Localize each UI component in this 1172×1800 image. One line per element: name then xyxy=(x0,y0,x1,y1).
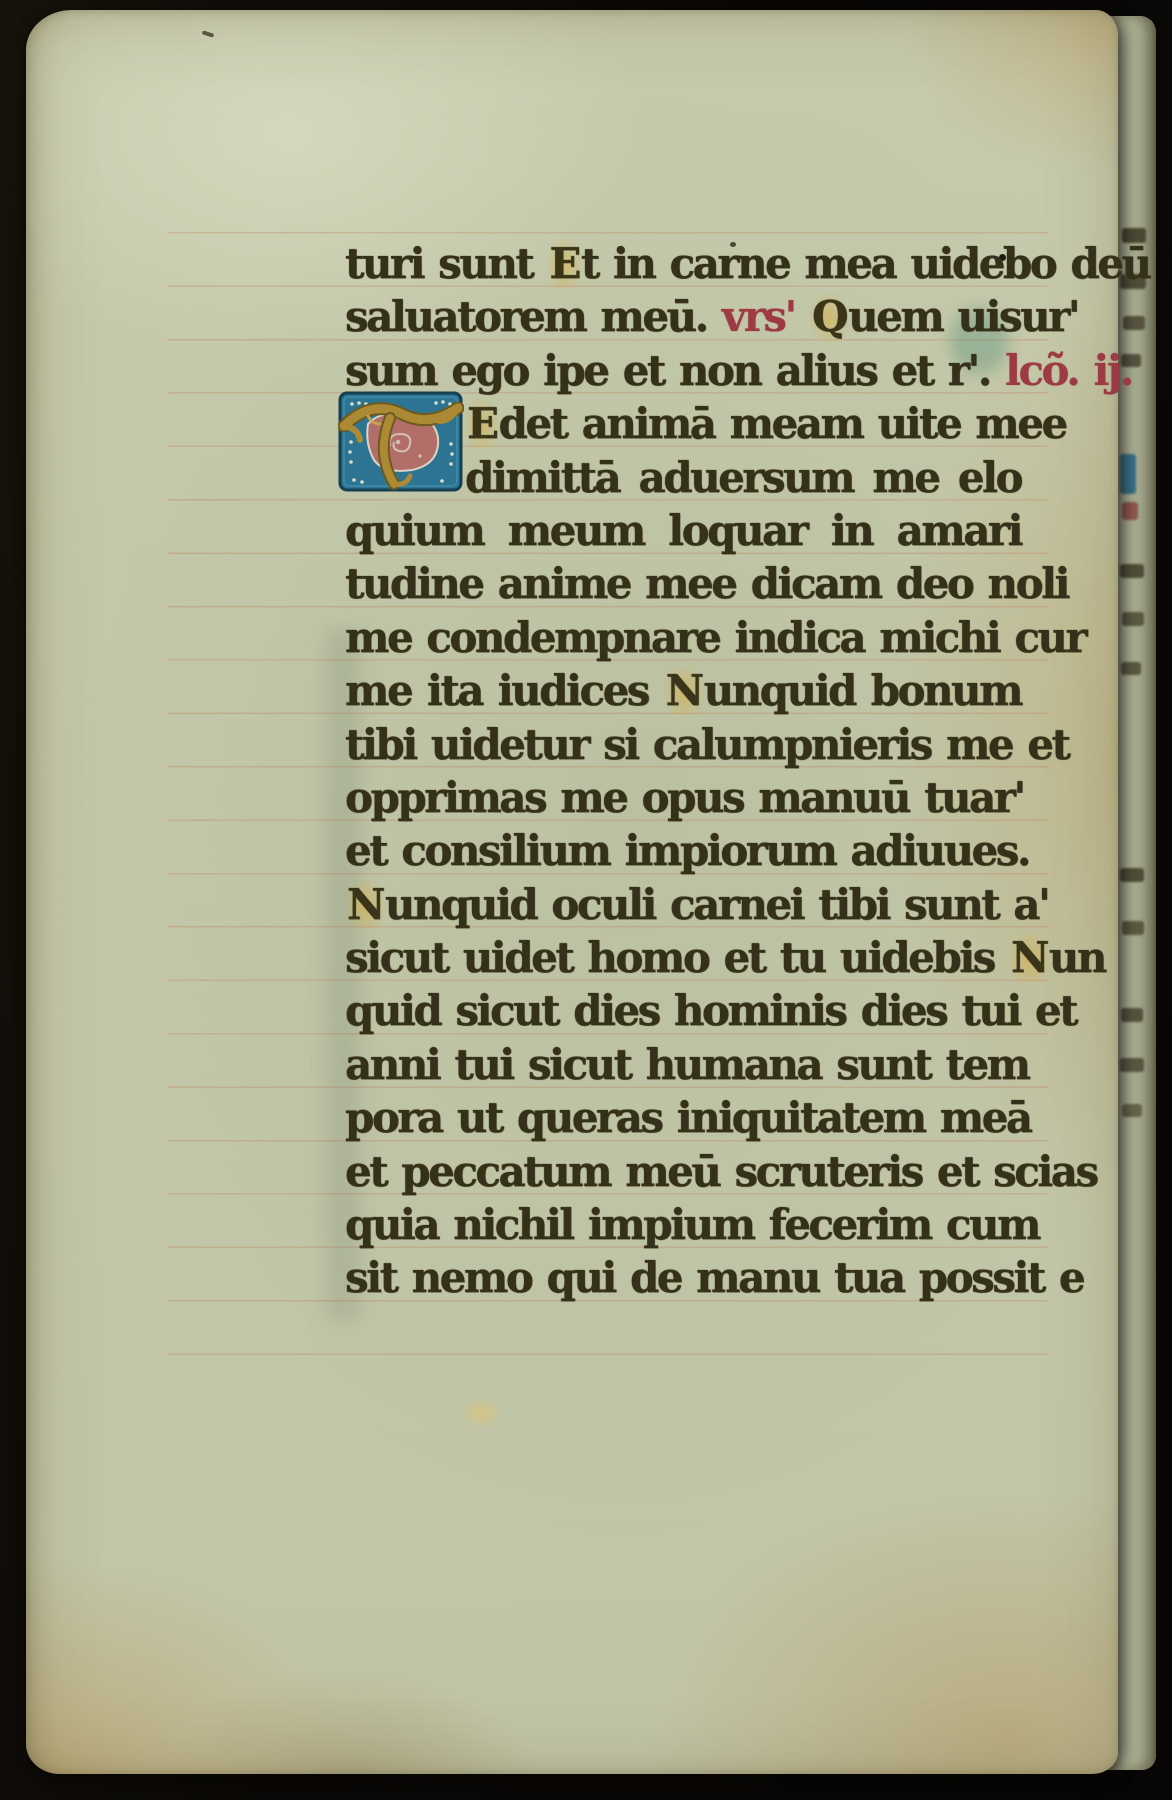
folio-edge-fragment xyxy=(1122,502,1138,520)
folio-edge-fragment xyxy=(1122,921,1144,935)
folio-edge-fragment xyxy=(1120,868,1144,882)
text-segment: tibi uidetur si calumpnieris me et xyxy=(345,720,1068,769)
text-segment: det animā meam uite mee xyxy=(499,399,1066,448)
text-segment: me condempnare indica michi cur xyxy=(345,613,1085,662)
text-segment: quia nichil impium fecerim cum xyxy=(345,1200,1039,1249)
text-line: tudine anime mee dicam deo noli xyxy=(345,557,1021,610)
photo-background: turi sunt Et in carne mea uidebo deūsalu… xyxy=(0,0,1172,1800)
folio-edge-fragment xyxy=(1122,612,1144,626)
text-segment: turi sunt xyxy=(345,239,547,288)
text-segment: sicut uidet homo et tu uidebis xyxy=(345,933,1009,982)
stain xyxy=(466,1402,496,1424)
folio-edge-fragment xyxy=(1121,662,1141,675)
folio-edge-fragment xyxy=(1120,564,1144,578)
text-block: turi sunt Et in carne mea uidebo deūsalu… xyxy=(345,237,1021,1305)
text-segment: me ita iudices xyxy=(345,666,664,715)
text-segment: saluatorem meū. xyxy=(345,292,722,341)
text-segment: anni tui sicut humana sunt tem xyxy=(345,1040,1029,1089)
text-segment: unquid oculi carnei tibi sunt a' xyxy=(385,880,1048,929)
washed-capital: N xyxy=(1009,933,1049,982)
ink-speck xyxy=(202,30,215,38)
text-line: quium meum loquar in amari xyxy=(345,504,1021,557)
text-line: et peccatum meū scruteris et scias xyxy=(345,1145,1021,1198)
text-line: et consilium impiorum adiuues. xyxy=(345,824,1021,877)
text-segment: et peccatum meū scruteris et scias xyxy=(345,1147,1097,1196)
text-segment: t in carne mea uidebo deū xyxy=(581,239,1150,288)
washed-capital: E xyxy=(465,399,499,448)
folio-edge-fragment xyxy=(1122,1104,1142,1117)
rubric-text: lcõ. ij. xyxy=(1005,346,1132,395)
text-line: dimittā aduersum me elo xyxy=(345,451,1021,504)
text-line: anni tui sicut humana sunt tem xyxy=(345,1038,1021,1091)
folio-edge-fragment xyxy=(1123,316,1145,330)
washed-capital: Q xyxy=(810,292,848,341)
washed-capital: N xyxy=(664,666,704,715)
text-line: quia nichil impium fecerim cum xyxy=(345,1198,1021,1251)
text-line: quid sicut dies hominis dies tui et xyxy=(345,984,1021,1037)
text-segment xyxy=(795,292,810,341)
text-line: turi sunt Et in carne mea uidebo deū xyxy=(345,237,1021,290)
text-line: sicut uidet homo et tu uidebis Nun xyxy=(345,931,1021,984)
text-line: saluatorem meū. vrs' Quem uisur' xyxy=(345,290,1021,343)
manuscript-page: turi sunt Et in carne mea uidebo deūsalu… xyxy=(26,10,1118,1774)
text-line: sum ego ipe et non alius et r'. lcõ. ij. xyxy=(345,344,1021,397)
text-line: me condempnare indica michi cur xyxy=(345,611,1021,664)
text-segment: pora ut queras iniquitatem meā xyxy=(345,1093,1031,1142)
folio-edge-fragment xyxy=(1121,1008,1143,1022)
rubric-text: vrs' xyxy=(722,292,795,341)
text-line: pora ut queras iniquitatem meā xyxy=(345,1091,1021,1144)
text-segment: dimittā aduersum me elo xyxy=(465,453,1021,502)
text-segment: opprimas me opus manuū tuar' xyxy=(345,773,1024,822)
text-segment: quid sicut dies hominis dies tui et xyxy=(345,986,1076,1035)
text-segment: tudine anime mee dicam deo noli xyxy=(345,559,1068,608)
washed-capital: N xyxy=(345,880,385,929)
text-segment: sum ego ipe et non alius et r'. xyxy=(345,346,1005,395)
text-segment: sit nemo qui de manu tua possit e xyxy=(345,1253,1083,1302)
text-segment: un xyxy=(1049,933,1105,982)
text-segment: uem uisur' xyxy=(848,292,1078,341)
washed-capital: E xyxy=(547,239,581,288)
text-line: Nunquid oculi carnei tibi sunt a' xyxy=(345,878,1021,931)
text-line: tibi uidetur si calumpnieris me et xyxy=(345,718,1021,771)
text-line: Edet animā meam uite mee xyxy=(345,397,1021,450)
folio-edge-initial-fragment xyxy=(1120,454,1136,494)
text-line: me ita iudices Nunquid bonum xyxy=(345,664,1021,717)
text-segment: unquid bonum xyxy=(704,666,1021,715)
text-segment: quium meum loquar in amari xyxy=(345,506,1021,555)
text-line: opprimas me opus manuū tuar' xyxy=(345,771,1021,824)
folio-edge-fragment xyxy=(1120,1058,1144,1072)
text-line: sit nemo qui de manu tua possit e xyxy=(345,1251,1021,1304)
text-segment: et consilium impiorum adiuues. xyxy=(345,826,1029,875)
